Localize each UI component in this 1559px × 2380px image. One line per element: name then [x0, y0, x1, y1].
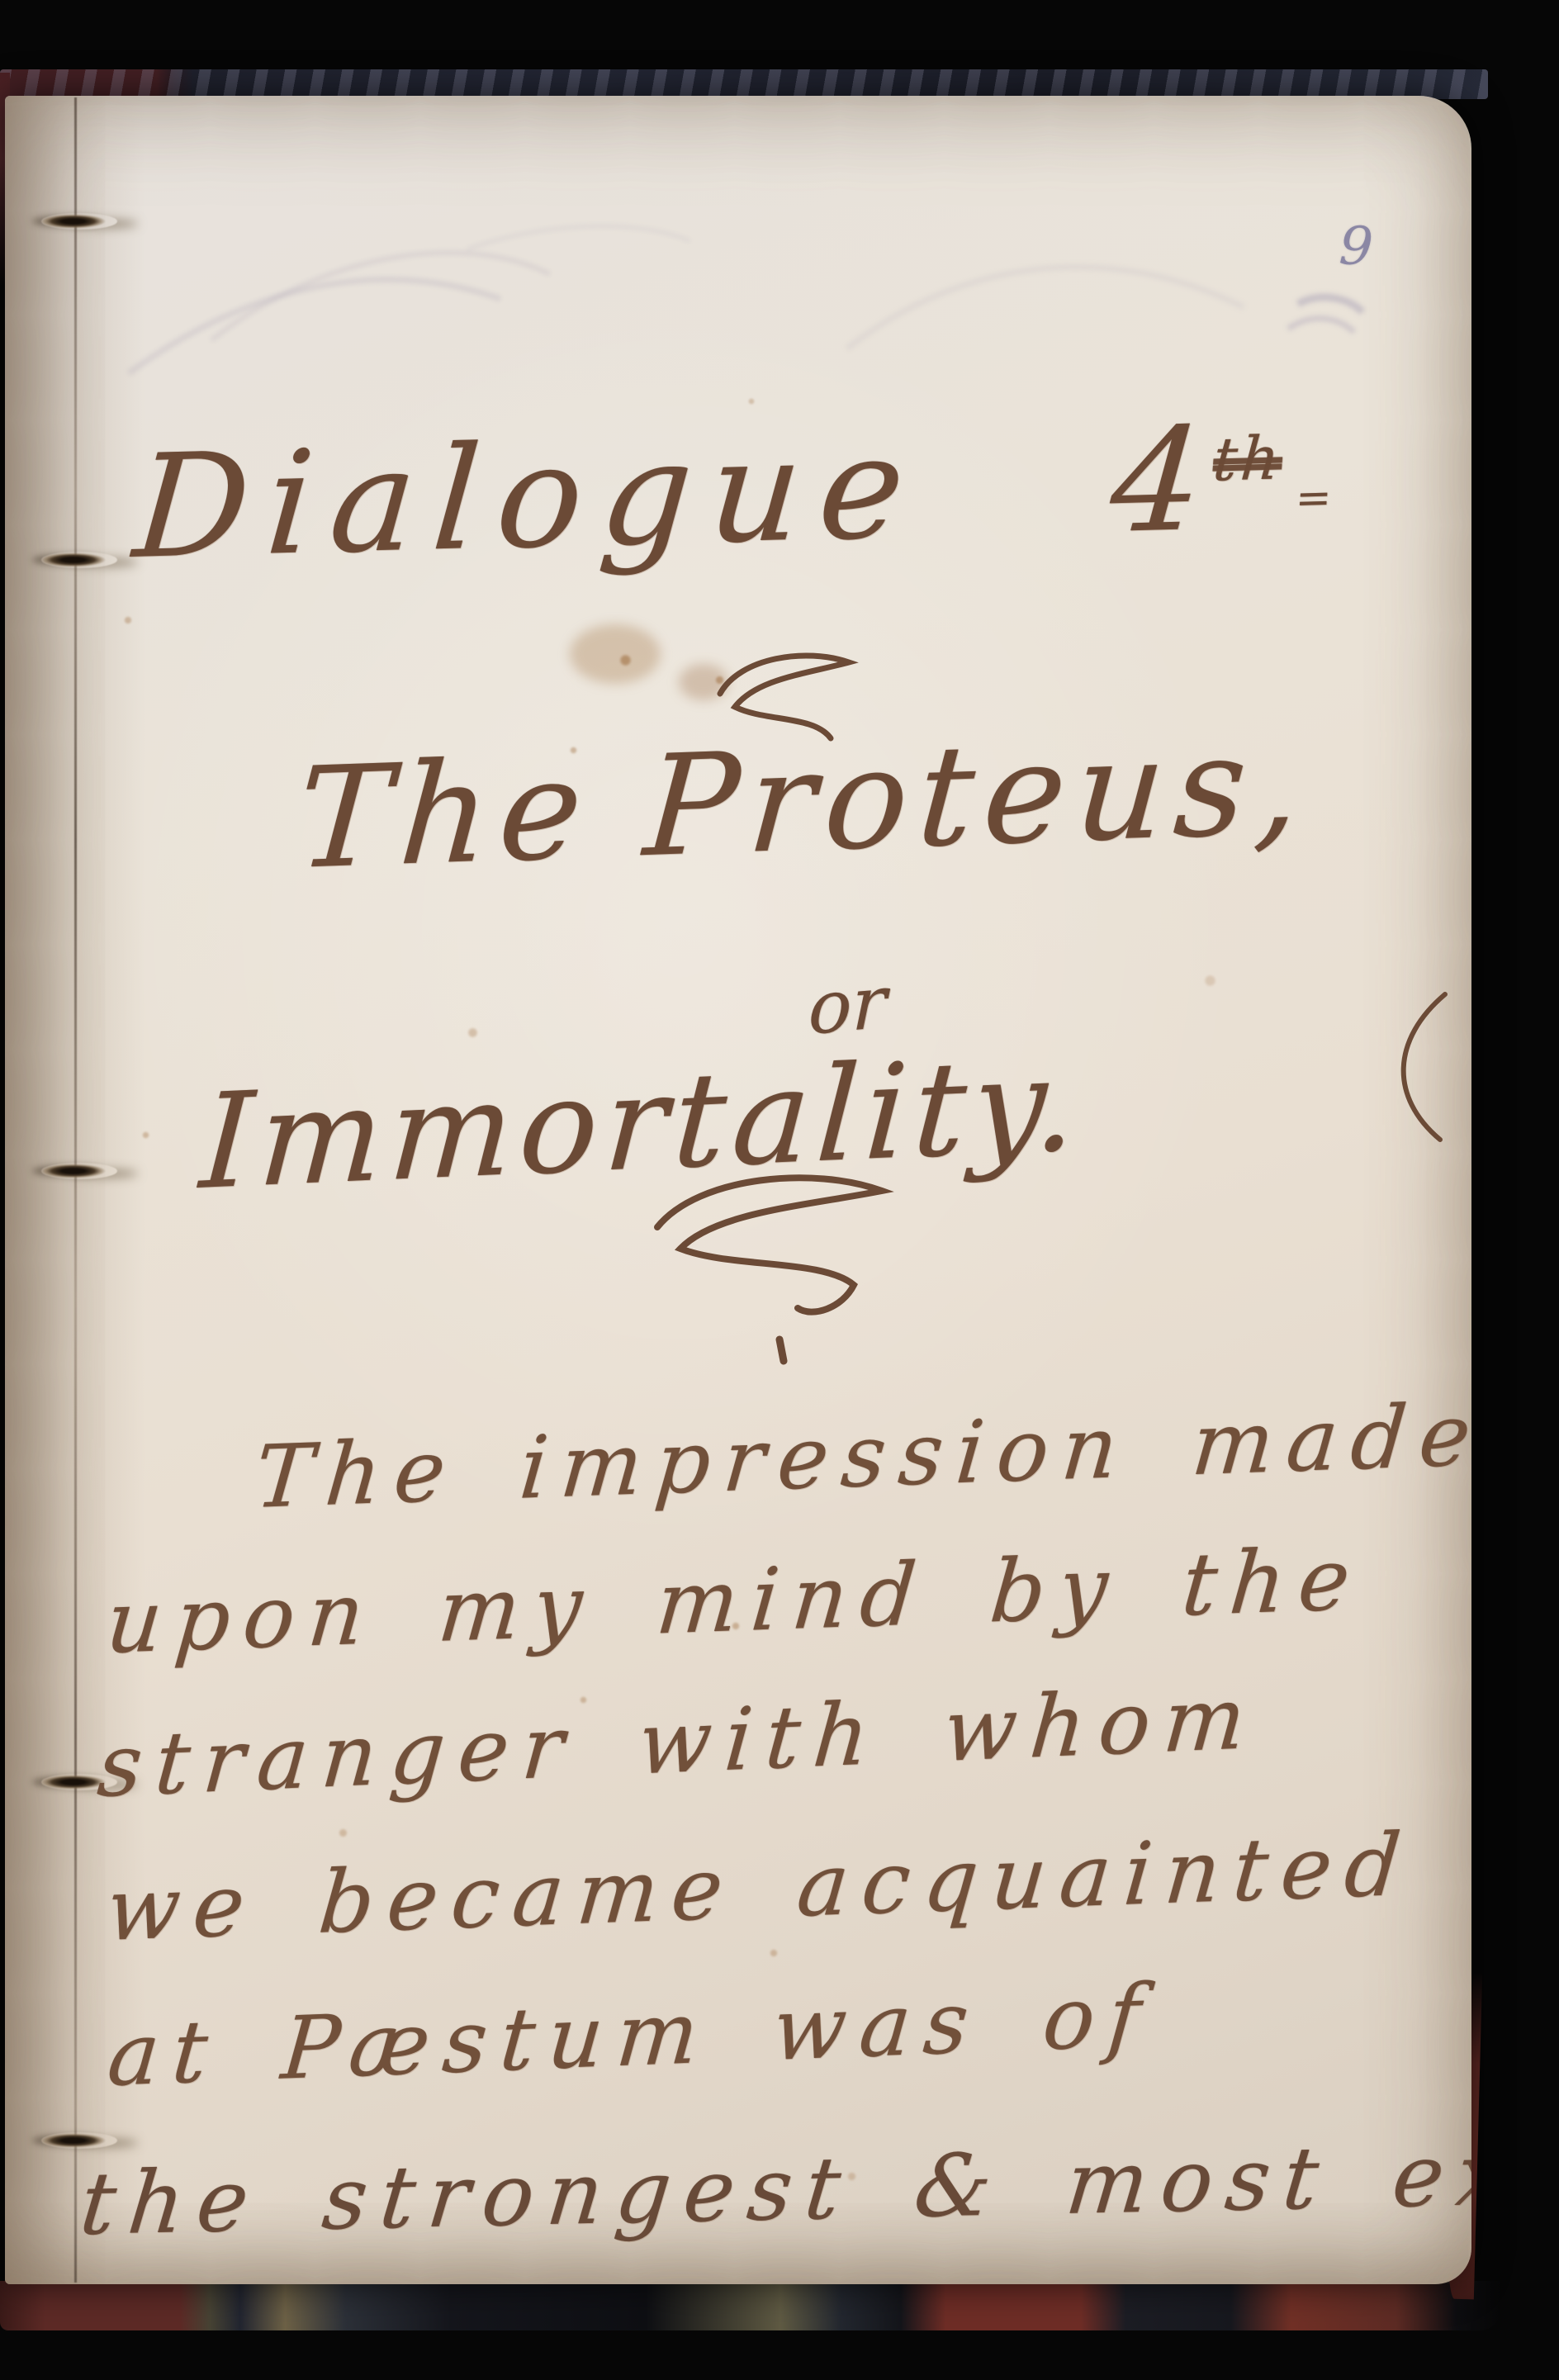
sewing-thread-hole — [41, 2132, 117, 2149]
heading-ordinal-suffix: th — [1211, 424, 1285, 495]
foxing-spot — [748, 398, 755, 405]
heading-equals-mark: = — [1294, 473, 1334, 524]
flourish-paren — [1369, 988, 1468, 1153]
sewing-thread-hole — [41, 1163, 117, 1179]
manuscript-line: at Pæstum was of — [104, 1965, 1158, 2106]
foxing-spot — [467, 1027, 478, 1038]
manuscript-line: we became acquainted — [102, 1813, 1418, 1960]
foxing-stain — [570, 624, 661, 684]
title-main: The Proteus, — [292, 703, 1315, 900]
heading-dialogue-word: Dialogue — [129, 404, 928, 590]
foxing-spot — [619, 654, 632, 666]
manuscript-line: stranger with whom — [94, 1667, 1263, 1817]
notebook-page: 9 Dialogue 4th= The Proteus, or Immortal… — [5, 96, 1471, 2284]
foxing-spot — [339, 1828, 348, 1837]
manuscript-line: upon my mind by the — [102, 1528, 1367, 1673]
flourish-divider-bottom — [641, 1169, 922, 1368]
manuscript-line: The impression made — [251, 1384, 1471, 1528]
marbled-board-edge-bottom — [0, 2281, 1501, 2330]
marbled-board-edge-top — [0, 69, 1488, 99]
manuscript-line: the strongest & most extra — [76, 2120, 1471, 2254]
photo-backdrop: 9 Dialogue 4th= The Proteus, or Immortal… — [0, 0, 1559, 2380]
page-number: 9 — [1338, 216, 1375, 278]
foxing-spot — [124, 616, 132, 624]
heading-spacer — [979, 401, 1055, 568]
heading-dialogue-number: 4 — [1105, 396, 1226, 565]
foxing-spot — [142, 1131, 149, 1139]
heading-dialogue-line: Dialogue 4th= — [129, 393, 1339, 590]
foxing-spot — [770, 1949, 778, 1957]
foxing-spot — [1204, 974, 1216, 987]
